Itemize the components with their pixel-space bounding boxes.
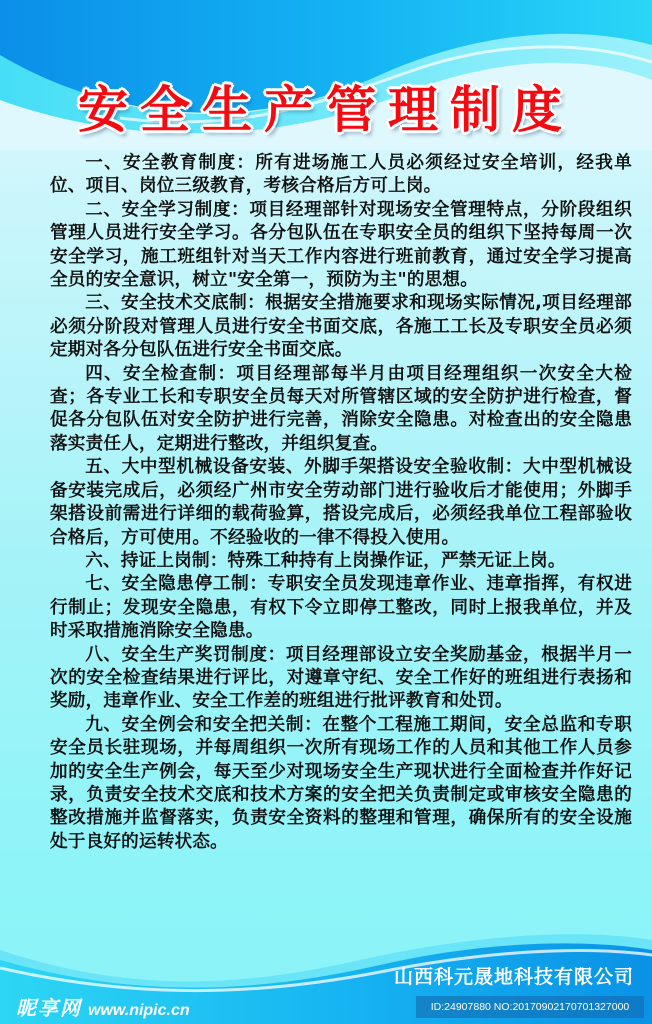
watermark-url: www.nipic.cn xyxy=(88,1002,190,1020)
regulation-item-2: 二、安全学习制度：项目经理部针对现场安全管理特点，分阶段组织管理人员进行安全学习… xyxy=(50,199,632,293)
regulation-item-7: 七、安全隐患停工制：专职安全员发现违章作业、违章指挥，有权进行制止；发现安全隐患… xyxy=(50,573,632,643)
watermark-logo-text: 昵享网 xyxy=(16,992,82,1021)
watermark-logo: 昵享网 www.nipic.cn xyxy=(16,992,190,1021)
regulation-item-9: 九、安全例会和安全把关制：在整个工程施工期间，安全总监和专职安全员长驻现场，并每… xyxy=(50,714,632,854)
regulation-list: 一、安全教育制度：所有进场施工人员必须经过安全培训，经我单位、项目、岗位三级教育… xyxy=(50,152,632,854)
regulation-item-3: 三、安全技术交底制：根据安全措施要求和现场实际情况,项目经理部必须分阶段对管理人… xyxy=(50,292,632,362)
regulation-item-6: 六、持证上岗制：特殊工种持有上岗操作证，严禁无证上岗。 xyxy=(50,550,632,573)
poster-title: 安全生产管理制度 xyxy=(0,70,652,142)
regulation-item-8: 八、安全生产奖罚制度：项目经理部设立安全奖励基金，根据半月一次的安全检查结果进行… xyxy=(50,644,632,714)
company-name: 山西科元晟地科技有限公司 xyxy=(394,962,634,989)
regulation-item-4: 四、安全检查制：项目经理部每半月由项目经理组织一次安全大检查；各专业工长和专职安… xyxy=(50,363,632,457)
regulation-item-5: 五、大中型机械设备安装、外脚手架搭设安全验收制：大中型机械设备安装完成后，必须经… xyxy=(50,456,632,550)
regulation-item-1: 一、安全教育制度：所有进场施工人员必须经过安全培训，经我单位、项目、岗位三级教育… xyxy=(50,152,632,199)
watermark-id-badge: ID:24907880 NO:20170902170701327000 xyxy=(416,996,644,1018)
